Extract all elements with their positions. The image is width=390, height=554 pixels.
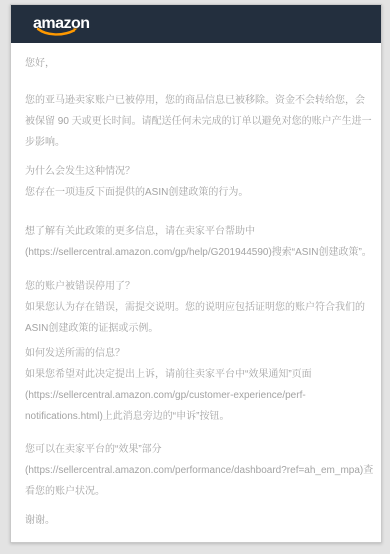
greeting: 您好， [25,53,369,74]
policy-info-paragraph: 想了解有关此政策的更多信息，请在卖家平台帮助中 (https://sellerc… [25,221,369,263]
amazon-smile-icon [36,27,78,38]
email-body: 您好， 您的亚马逊卖家账户已被停用，您的商品信息已被移除。资金不会转给您，会 被… [11,43,381,531]
why-section: 为什么会发生这种情况？ 您存在一项违反下面提供的ASIN创建政策的行为。 [25,161,369,203]
amazon-logo[interactable]: amazon [33,16,90,32]
account-health-line: 看您的账户状况。 [25,481,369,502]
how-section-title: 如何发送所需的信息？ [25,343,369,364]
mistake-section-body-line: ASIN创建政策的证据或示例。 [25,318,369,339]
perf-notifications-link[interactable]: notifications.html)上此消息旁边的“申诉”按钮。 [25,406,369,427]
dashboard-link[interactable]: (https://sellercentral.amazon.com/perfor… [25,460,369,481]
greeting-text: 您好， [25,53,369,74]
suspension-intro-paragraph: 您的亚马逊卖家账户已被停用，您的商品信息已被移除。资金不会转给您，会 被保留 9… [25,90,369,153]
closing: 谢谢。 [25,510,369,531]
intro-line: 被保留 90 天或更长时间。请配送任何未完成的订单以避免对您的账户产生进一 [25,111,369,132]
how-section-body-line: 如果您希望对此决定提出上诉，请前往卖家平台中“效果通知”页面 [25,364,369,385]
policy-help-link[interactable]: (https://sellercentral.amazon.com/gp/hel… [25,242,369,263]
why-section-body: 您存在一项违反下面提供的ASIN创建政策的行为。 [25,182,369,203]
intro-line: 您的亚马逊卖家账户已被停用，您的商品信息已被移除。资金不会转给您，会 [25,90,369,111]
how-to-send-section: 如何发送所需的信息？ 如果您希望对此决定提出上诉，请前往卖家平台中“效果通知”页… [25,343,369,427]
closing-text: 谢谢。 [25,510,369,531]
why-section-title: 为什么会发生这种情况？ [25,161,369,182]
policy-info-line: 想了解有关此政策的更多信息，请在卖家平台帮助中 [25,221,369,242]
mistake-section: 您的账户被错误停用了？ 如果您认为存在错误，需提交说明。您的说明应包括证明您的账… [25,276,369,339]
email-card: amazon 您好， 您的亚马逊卖家账户已被停用，您的商品信息已被移除。资金不会… [10,4,382,543]
intro-line: 步影响。 [25,132,369,153]
account-health-paragraph: 您可以在卖家平台的“效果”部分 (https://sellercentral.a… [25,439,369,502]
account-health-line: 您可以在卖家平台的“效果”部分 [25,439,369,460]
mistake-section-body-line: 如果您认为存在错误，需提交说明。您的说明应包括证明您的账户符合我们的 [25,297,369,318]
email-header: amazon [11,5,381,43]
mistake-section-title: 您的账户被错误停用了？ [25,276,369,297]
perf-notifications-link[interactable]: (https://sellercentral.amazon.com/gp/cus… [25,385,369,406]
